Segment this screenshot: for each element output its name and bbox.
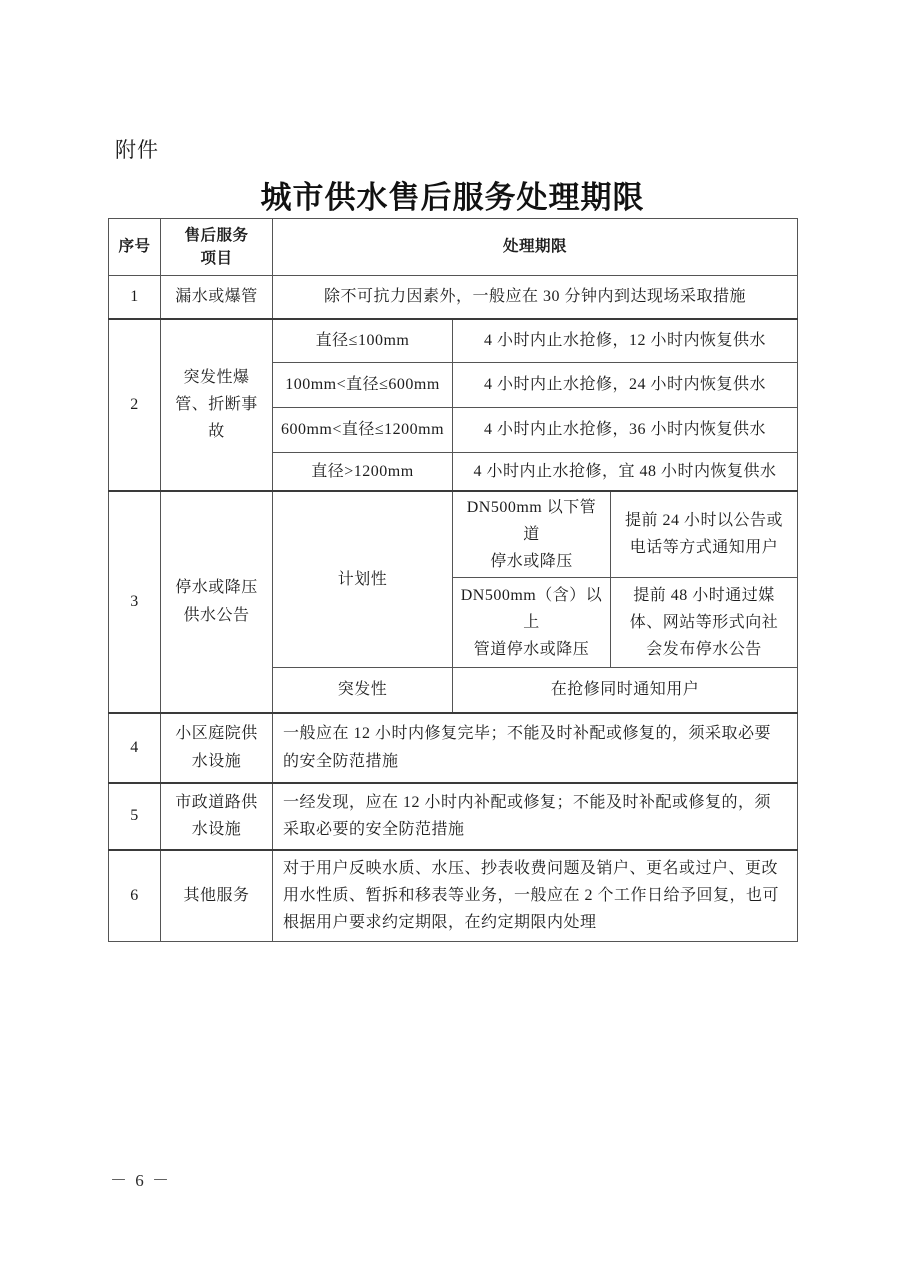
row2-condition-3: 600mm<直径≤1200mm <box>273 408 453 453</box>
header-seq: 序号 <box>109 219 161 276</box>
row6-item: 其他服务 <box>161 850 273 942</box>
row3-sudden-label: 突发性 <box>273 668 453 713</box>
row3-planned-condition-2: DN500mm（含）以上 管道停水或降压 <box>453 578 611 668</box>
row2-seq: 2 <box>109 319 161 491</box>
row2-limit-2: 4 小时内止水抢修，24 小时内恢复供水 <box>453 363 798 408</box>
row2-limit-3: 4 小时内止水抢修，36 小时内恢复供水 <box>453 408 798 453</box>
row4-limit: 一般应在 12 小时内修复完毕；不能及时补配或修复的，须采取必要的安全防范措施 <box>273 713 798 783</box>
row2-limit-1: 4 小时内止水抢修，12 小时内恢复供水 <box>453 319 798 363</box>
row1-item: 漏水或爆管 <box>161 276 273 319</box>
row5-limit: 一经发现，应在 12 小时内补配或修复；不能及时补配或修复的，须采取必要的安全防… <box>273 783 798 850</box>
row2-item: 突发性爆 管、折断事 故 <box>161 319 273 491</box>
row3-planned-label: 计划性 <box>273 491 453 668</box>
table-row: 3 停水或降压 供水公告 计划性 DN500mm 以下管道 停水或降压 提前 2… <box>109 491 798 578</box>
row3-planned-limit-1: 提前 24 小时以公告或 电话等方式通知用户 <box>611 491 798 578</box>
row6-limit: 对于用户反映水质、水压、抄表收费问题及销户、更名或过户、更改用水性质、暂拆和移表… <box>273 850 798 942</box>
attachment-label: 附件 <box>115 134 159 164</box>
row2-condition-1: 直径≤100mm <box>273 319 453 363</box>
row1-limit: 除不可抗力因素外，一般应在 30 分钟内到达现场采取措施 <box>273 276 798 319</box>
table-row: 1 漏水或爆管 除不可抗力因素外，一般应在 30 分钟内到达现场采取措施 <box>109 276 798 319</box>
page-title: 城市供水售后服务处理期限 <box>108 172 797 217</box>
row3-planned-limit-2: 提前 48 小时通过媒 体、网站等形式向社 会发布停水公告 <box>611 578 798 668</box>
row3-item: 停水或降压 供水公告 <box>161 491 273 713</box>
table-row: 6 其他服务 对于用户反映水质、水压、抄表收费问题及销户、更名或过户、更改用水性… <box>109 850 798 942</box>
table-row: 5 市政道路供 水设施 一经发现，应在 12 小时内补配或修复；不能及时补配或修… <box>109 783 798 850</box>
row3-seq: 3 <box>109 491 161 713</box>
document-page: 附件 城市供水售后服务处理期限 序号 售后服务 项目 处理期限 1 漏水或爆管 … <box>0 0 900 1273</box>
row2-condition-4: 直径>1200mm <box>273 453 453 491</box>
row6-seq: 6 <box>109 850 161 942</box>
table-row: 2 突发性爆 管、折断事 故 直径≤100mm 4 小时内止水抢修，12 小时内… <box>109 319 798 363</box>
row5-seq: 5 <box>109 783 161 850</box>
row2-condition-2: 100mm<直径≤600mm <box>273 363 453 408</box>
row4-item: 小区庭院供 水设施 <box>161 713 273 783</box>
table-header-row: 序号 售后服务 项目 处理期限 <box>109 219 798 276</box>
row1-seq: 1 <box>109 276 161 319</box>
row2-limit-4: 4 小时内止水抢修，宜 48 小时内恢复供水 <box>453 453 798 491</box>
table-row: 4 小区庭院供 水设施 一般应在 12 小时内修复完毕；不能及时补配或修复的，须… <box>109 713 798 783</box>
row5-item: 市政道路供 水设施 <box>161 783 273 850</box>
service-limits-table: 序号 售后服务 项目 处理期限 1 漏水或爆管 除不可抗力因素外，一般应在 30… <box>108 218 798 942</box>
row4-seq: 4 <box>109 713 161 783</box>
header-limit: 处理期限 <box>273 219 798 276</box>
row3-planned-condition-1: DN500mm 以下管道 停水或降压 <box>453 491 611 578</box>
row3-sudden-limit: 在抢修同时通知用户 <box>453 668 798 713</box>
header-item: 售后服务 项目 <box>161 219 273 276</box>
page-number: － 6 － <box>110 1166 171 1191</box>
